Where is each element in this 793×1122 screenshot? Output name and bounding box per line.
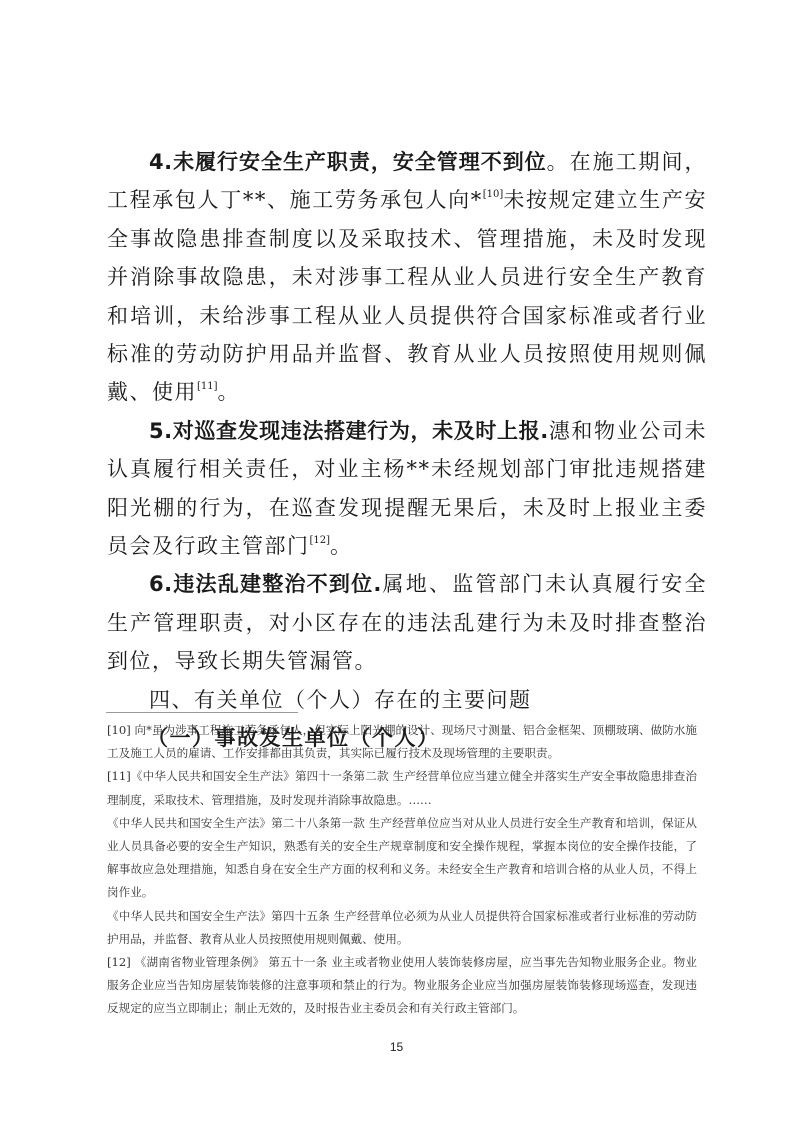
paragraph-4: 4.未履行安全生产职责，安全管理不到位。在施工期间，工程承包人丁**、施工劳务承… — [107, 143, 707, 412]
document-page: 4.未履行安全生产职责，安全管理不到位。在施工期间，工程承包人丁**、施工劳务承… — [0, 0, 793, 1122]
paragraph-6: 6.违法乱建整治不到位.属地、监管部门未认真履行安全生产管理职责，对小区存在的违… — [107, 565, 707, 680]
footnotes: [10] 向*虽为涉事工程施工劳务承包人，但实际上阳光棚的设计、现场尺寸测量、铝… — [107, 719, 697, 1021]
paragraph-5-heading: 5.对巡查发现违法搭建行为，未及时上报. — [149, 419, 549, 443]
footnote-11-c: 《中华人民共和国安全生产法》第四十五条 生产经营单位必须为从业人员提供符合国家标… — [107, 905, 697, 951]
paragraph-4-heading: 4.未履行安全生产职责，安全管理不到位 — [149, 150, 547, 174]
paragraph-4-end: 。 — [218, 380, 241, 404]
paragraph-4-text-cont: 未按规定建立生产安全事故隐患排查制度以及采取技术、管理措施，未及时发现并消除事故… — [107, 188, 707, 404]
footnote-11-b: 《中华人民共和国安全生产法》第二十八条第一款 生产经营单位应当对从业人员进行安全… — [107, 812, 697, 905]
footnote-ref-11[interactable]: [11] — [197, 381, 218, 392]
footnote-11-a: [11]《中华人民共和国安全生产法》第四十一条第二款 生产经营单位应当建立健全并… — [107, 765, 697, 811]
paragraph-5: 5.对巡查发现违法搭建行为，未及时上报.潓和物业公司未认真履行相关责任，对业主杨… — [107, 412, 707, 566]
footnote-12: [12] 《湖南省物业管理条例》 第五十一条 业主或者物业使用人装饰装修房屋，应… — [107, 951, 697, 1021]
body-text: 4.未履行安全生产职责，安全管理不到位。在施工期间，工程承包人丁**、施工劳务承… — [107, 143, 707, 758]
paragraph-6-heading: 6.违法乱建整治不到位. — [149, 572, 382, 596]
paragraph-5-end: 。 — [330, 534, 353, 558]
footnote-ref-12[interactable]: [12] — [310, 535, 331, 546]
footnote-10: [10] 向*虽为涉事工程施工劳务承包人，但实际上阳光棚的设计、现场尺寸测量、铝… — [107, 719, 697, 765]
footnote-ref-10[interactable]: [10] — [483, 189, 504, 200]
footnote-separator — [106, 712, 298, 713]
page-number: 15 — [0, 1040, 793, 1054]
section-heading: 四、有关单位（个人）存在的主要问题 — [107, 681, 707, 719]
